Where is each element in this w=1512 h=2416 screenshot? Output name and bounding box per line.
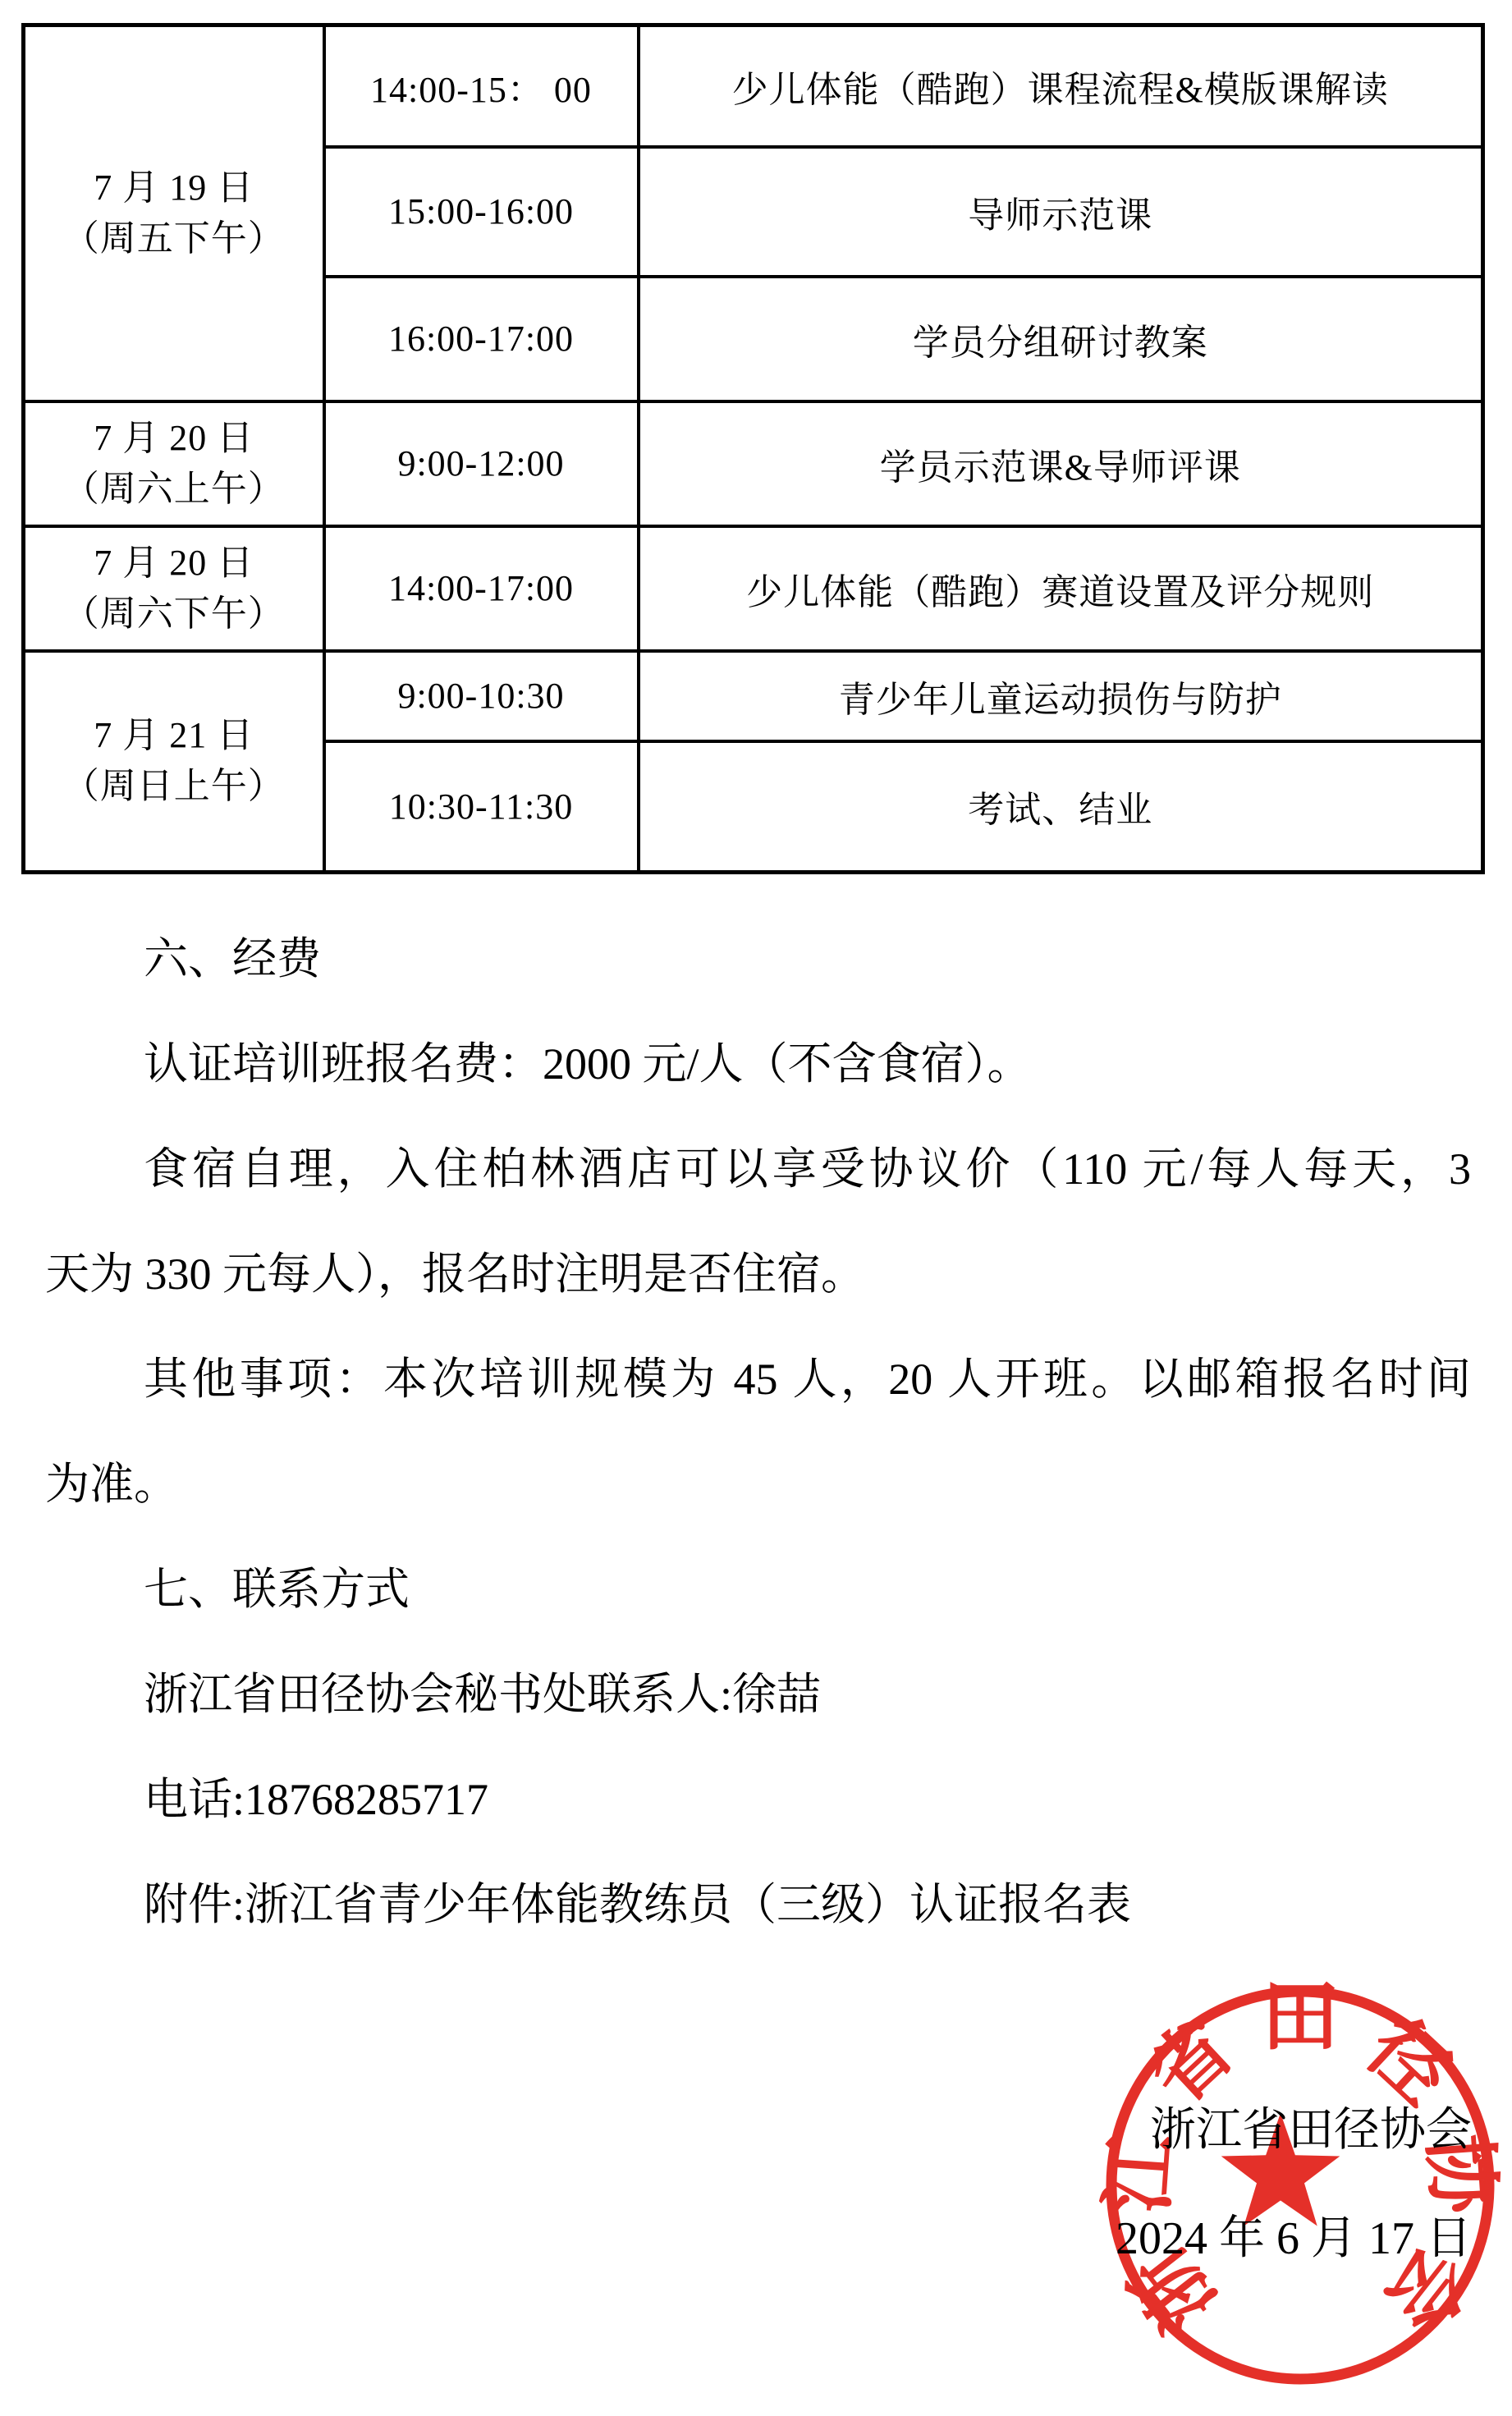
section-heading-contact: 七、联系方式 bbox=[45, 1537, 1471, 1642]
body-line: 认证培训班报名费：2000 元/人（不含食宿）。 bbox=[45, 1011, 1471, 1116]
contact-person-line: 浙江省田径协会秘书处联系人:徐喆 bbox=[45, 1642, 1471, 1747]
body-line: 其他事项：本次培训规模为 45 人，20 人开班。以邮箱报名时间 bbox=[45, 1327, 1471, 1432]
time-cell: 10:30-11:30 bbox=[324, 741, 639, 873]
content-cell: 考试、结业 bbox=[639, 741, 1483, 873]
official-seal: 浙 江 省 田 径 协 会 bbox=[1092, 1970, 1512, 2409]
time-cell: 16:00-17:00 bbox=[324, 277, 639, 401]
table-row: 7 月 21 日 （周日上午） 9:00-10:30 青少年儿童运动损伤与防护 bbox=[24, 651, 1483, 741]
seal-arc-char: 省 bbox=[1133, 2004, 1249, 2120]
time-cell: 14:00-15： 00 bbox=[324, 25, 639, 147]
date-line1: 7 月 19 日 bbox=[25, 163, 323, 213]
section-heading-funding: 六、经费 bbox=[45, 906, 1471, 1011]
date-line2: （周五下午） bbox=[25, 213, 323, 264]
date-cell: 7 月 19 日 （周五下午） bbox=[24, 25, 324, 401]
content-cell: 学员分组研讨教案 bbox=[639, 277, 1483, 401]
seal-arc-char: 浙 bbox=[1116, 2231, 1232, 2346]
time-cell: 15:00-16:00 bbox=[324, 147, 639, 277]
body-line: 天为 330 元每人），报名时注明是否住宿。 bbox=[45, 1222, 1471, 1327]
seal-arc-char: 协 bbox=[1414, 2132, 1507, 2218]
time-cell: 9:00-10:30 bbox=[324, 651, 639, 741]
time-cell: 14:00-17:00 bbox=[324, 526, 639, 651]
date-cell: 7 月 20 日 （周六下午） bbox=[24, 526, 324, 651]
content-cell: 少儿体能（酷跑）课程流程&模版课解读 bbox=[639, 25, 1483, 147]
date-line1: 7 月 20 日 bbox=[25, 413, 323, 464]
table-row: 7 月 19 日 （周五下午） 14:00-15： 00 少儿体能（酷跑）课程流… bbox=[24, 25, 1483, 147]
schedule-table: 7 月 19 日 （周五下午） 14:00-15： 00 少儿体能（酷跑）课程流… bbox=[21, 23, 1485, 874]
document-page: 7 月 19 日 （周五下午） 14:00-15： 00 少儿体能（酷跑）课程流… bbox=[0, 0, 1512, 2416]
date-cell: 7 月 20 日 （周六上午） bbox=[24, 401, 324, 526]
seal-arc-char: 径 bbox=[1351, 2004, 1468, 2120]
content-cell: 青少年儿童运动损伤与防护 bbox=[639, 651, 1483, 741]
content-cell: 学员示范课&导师评课 bbox=[639, 401, 1483, 526]
date-cell: 7 月 21 日 （周日上午） bbox=[24, 651, 324, 873]
seal-arc-char: 田 bbox=[1261, 1974, 1339, 2061]
phone-line: 电话:18768285717 bbox=[45, 1747, 1471, 1852]
document-body: 六、经费 认证培训班报名费：2000 元/人（不含食宿）。 食宿自理，入住柏林酒… bbox=[45, 906, 1471, 1957]
date-line1: 7 月 21 日 bbox=[25, 710, 323, 761]
time-cell: 9:00-12:00 bbox=[324, 401, 639, 526]
table-row: 7 月 20 日 （周六上午） 9:00-12:00 学员示范课&导师评课 bbox=[24, 401, 1483, 526]
date-line2: （周六上午） bbox=[25, 464, 323, 515]
seal-star-icon bbox=[1221, 2113, 1340, 2226]
content-cell: 少儿体能（酷跑）赛道设置及评分规则 bbox=[639, 526, 1483, 651]
body-line: 食宿自理，入住柏林酒店可以享受协议价（110 元/每人每天，3 bbox=[45, 1116, 1471, 1222]
content-cell: 导师示范课 bbox=[639, 147, 1483, 277]
date-line2: （周六下午） bbox=[25, 589, 323, 640]
date-line2: （周日上午） bbox=[25, 761, 323, 812]
attachment-line: 附件:浙江省青少年体能教练员（三级）认证报名表 bbox=[45, 1852, 1471, 1957]
seal-arc-char: 会 bbox=[1368, 2231, 1485, 2346]
date-line1: 7 月 20 日 bbox=[25, 538, 323, 589]
body-line: 为准。 bbox=[45, 1432, 1471, 1537]
table-row: 7 月 20 日 （周六下午） 14:00-17:00 少儿体能（酷跑）赛道设置… bbox=[24, 526, 1483, 651]
seal-arc-char: 江 bbox=[1094, 2132, 1186, 2216]
